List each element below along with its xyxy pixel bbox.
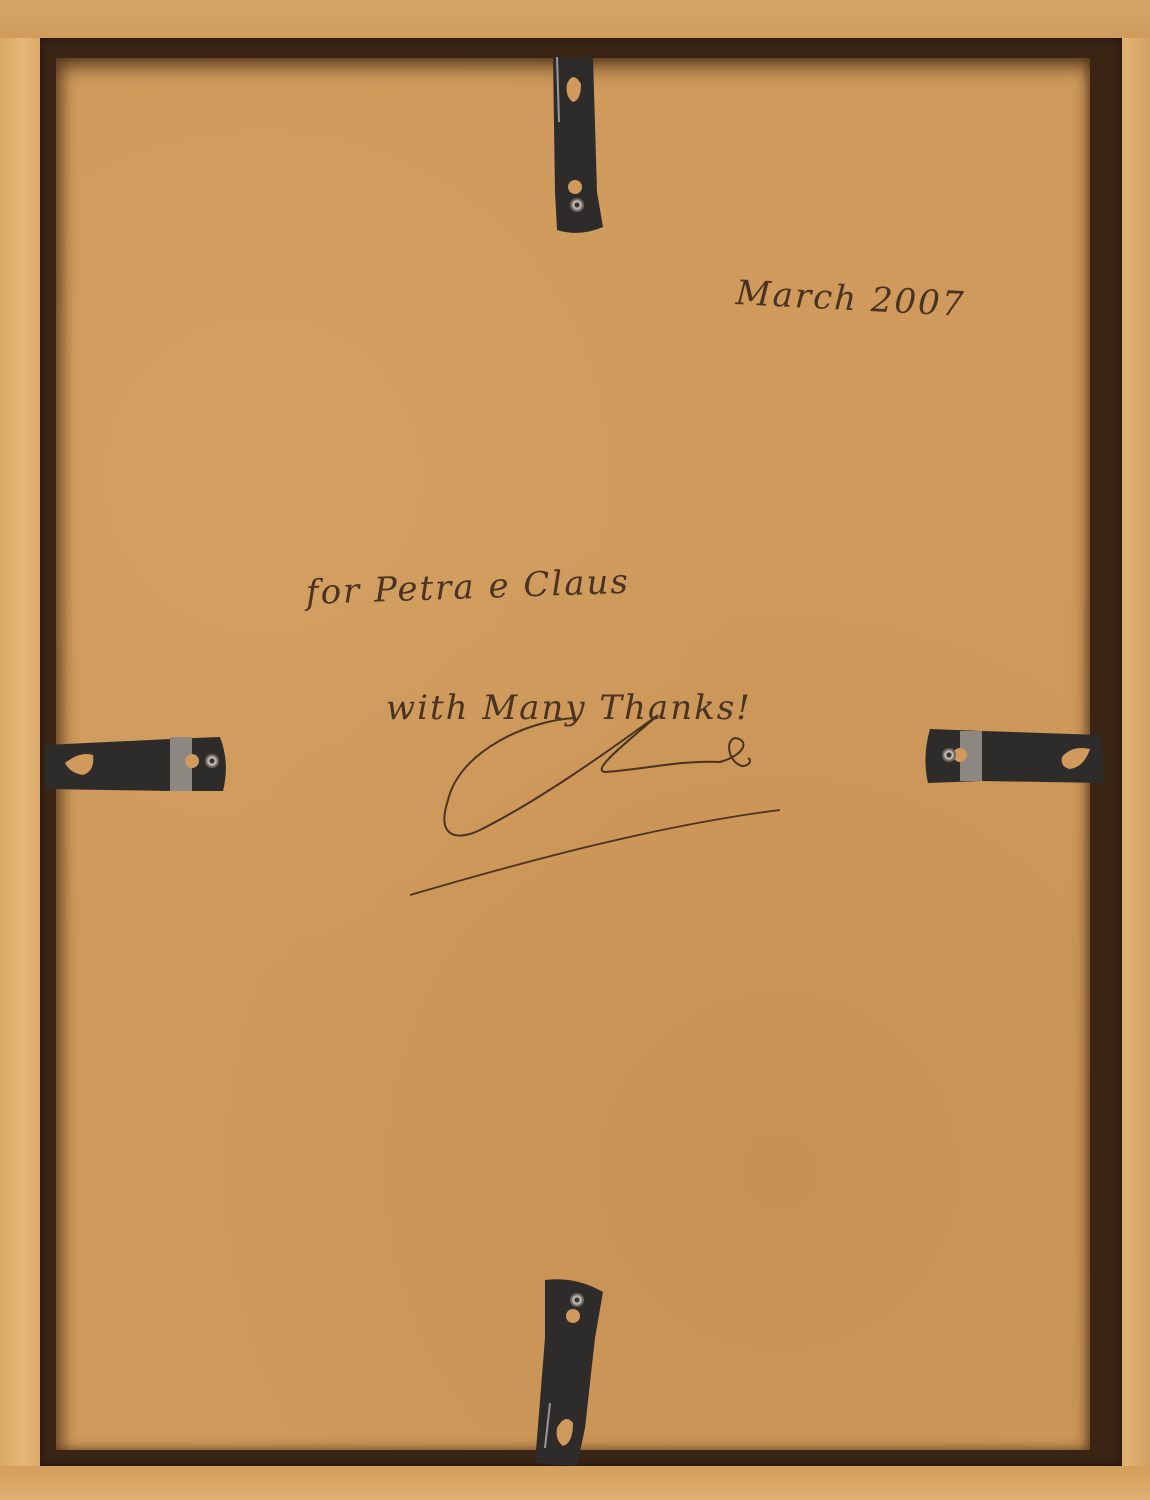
left-turn-clip — [45, 733, 230, 795]
top-turn-clip — [545, 52, 610, 237]
wooden-frame: March 2007 for Petra e Claus with Many T… — [0, 0, 1150, 1500]
inscription-dedication: for Petra e Claus — [305, 562, 630, 613]
turn-button-clip-icon — [545, 52, 610, 237]
right-turn-clip — [922, 727, 1107, 787]
turn-button-clip-icon — [922, 727, 1107, 787]
frame-top-rail — [0, 0, 1150, 38]
frame-bottom-rail — [0, 1466, 1150, 1500]
inscription-date: March 2007 — [735, 273, 966, 325]
turn-button-clip-icon — [515, 1278, 610, 1468]
bottom-turn-clip — [515, 1278, 610, 1468]
signature-icon — [380, 700, 800, 900]
turn-button-clip-icon — [45, 733, 230, 795]
